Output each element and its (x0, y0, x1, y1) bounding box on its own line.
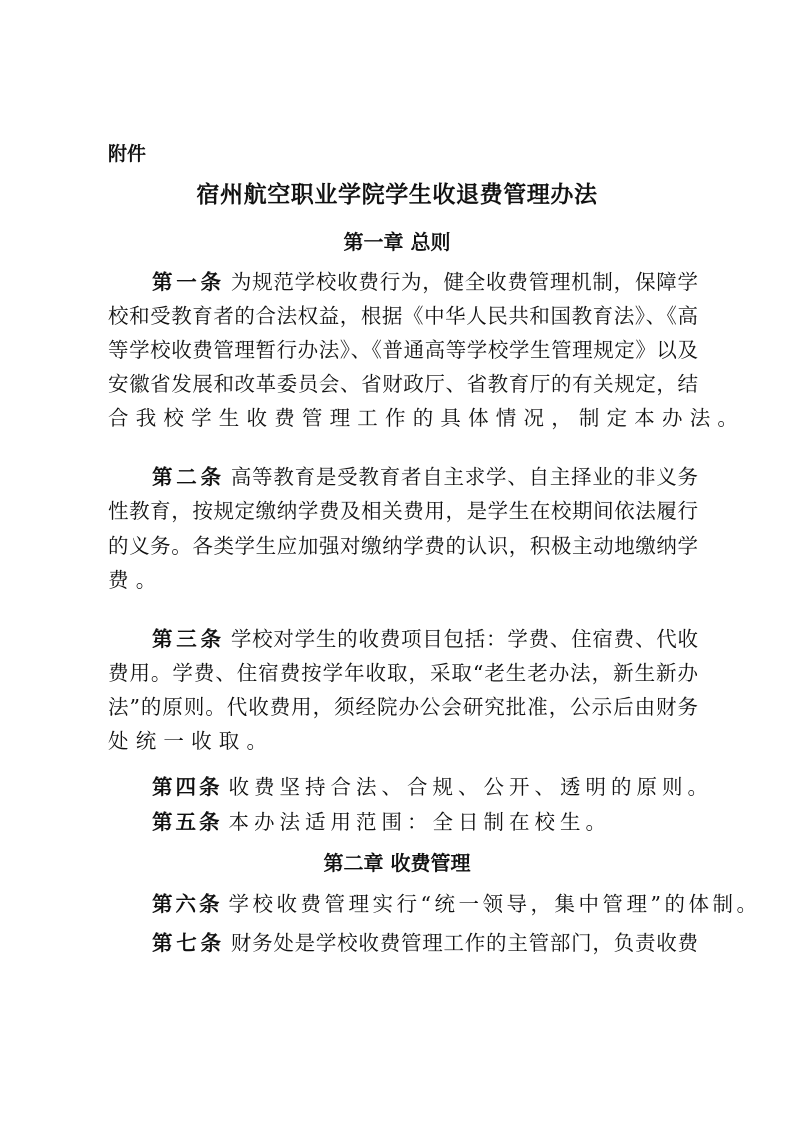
article-label: 第六条 (152, 892, 223, 916)
article-2-line-3: 的义务。各类学生应加强对缴纳学费的认识，积极主动地缴纳学 (108, 536, 698, 557)
article-text: 学校收费管理实行“统一领导，集中管理”的体制。 (229, 892, 761, 916)
article-2-line-1: 第二条高等教育是受教育者自主求学、自主择业的非义务 (152, 467, 698, 488)
article-text: 高等教育是受教育者自主求学、自主择业的非义务 (231, 465, 698, 489)
article-7-line-1: 第七条财务处是学校收费管理工作的主管部门，负责收费 (152, 933, 698, 954)
document-page: 附件 宿州航空职业学院学生收退费管理办法 第一章 总则 第一条为规范学校收费行为… (0, 0, 794, 1122)
article-text: 学校对学生的收费项目包括：学费、住宿费、代收 (231, 627, 698, 651)
article-text: 为规范学校收费行为，健全收费管理机制，保障学 (231, 270, 698, 294)
article-1-line-3: 等学校收费管理暂行办法》、《普通高等学校学生管理规定》以及 (108, 340, 698, 361)
article-3-line-1: 第三条学校对学生的收费项目包括：学费、住宿费、代收 (152, 629, 698, 650)
article-1-line-4: 安徽省发展和改革委员会、省财政厅、省教育厅的有关规定，结 (108, 374, 698, 395)
chapter-heading-1: 第一章 总则 (0, 232, 794, 252)
chapter-heading-2: 第二章 收费管理 (0, 853, 794, 873)
article-label: 第二条 (152, 465, 225, 489)
article-label: 第三条 (152, 627, 225, 651)
article-3-line-2: 费用。学费、住宿费按学年收取，采取“老生老办法，新生新办 (108, 663, 698, 684)
article-text: 财务处是学校收费管理工作的主管部门，负责收费 (231, 931, 698, 955)
article-label: 第一条 (152, 270, 225, 294)
article-text: 本办法适用范围：全日制在校生。 (229, 810, 612, 834)
article-1-line-5: 合我校学生收费管理工作的具体情况，制定本办法。 (108, 408, 698, 429)
article-1-line-2: 校和受教育者的合法权益，根据《中华人民共和国教育法》、《高 (108, 306, 698, 327)
article-5-line-1: 第五条本办法适用范围：全日制在校生。 (152, 812, 698, 833)
document-title: 宿州航空职业学院学生收退费管理办法 (0, 184, 794, 207)
article-label: 第七条 (152, 931, 225, 955)
article-label: 第五条 (152, 810, 223, 834)
article-6-line-1: 第六条学校收费管理实行“统一领导，集中管理”的体制。 (152, 894, 698, 915)
article-2-line-2: 性教育，按规定缴纳学费及相关费用，是学生在校期间依法履行 (108, 501, 698, 522)
attachment-label: 附件 (108, 145, 146, 164)
article-label: 第四条 (152, 775, 223, 799)
article-1-line-1: 第一条为规范学校收费行为，健全收费管理机制，保障学 (152, 272, 698, 293)
article-3-line-4: 处统一收取。 (108, 731, 698, 752)
article-3-line-3: 法”的原则。代收费用，须经院办公会研究批准，公示后由财务 (108, 697, 698, 718)
article-2-line-4: 费。 (108, 570, 698, 591)
article-4-line-1: 第四条收费坚持合法、合规、公开、透明的原则。 (152, 777, 698, 798)
article-text: 收费坚持合法、合规、公开、透明的原则。 (229, 775, 714, 799)
